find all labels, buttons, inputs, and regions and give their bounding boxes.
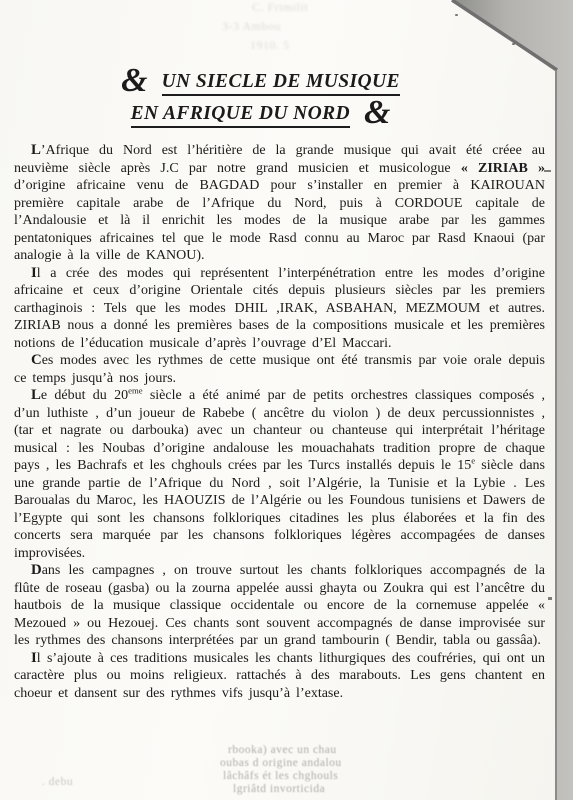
paragraph-text: l s’ajoute à ces traditions musicales le… xyxy=(14,651,545,701)
paragraph-text: d’origine africaine venu de BAGDAD pour … xyxy=(14,178,545,263)
paragraph: Il a crée des modes qui représentent l’i… xyxy=(14,265,545,353)
paragraph: Il s’ajoute à ces traditions musicales l… xyxy=(14,650,545,703)
scanned-page: C. Frimilit 3-3 Ambou 1910. 5 & UN SIECL… xyxy=(0,0,573,800)
scan-speck xyxy=(548,597,552,600)
bleed-through-line: lâchâfs ét les chghouls xyxy=(223,770,338,782)
paragraph: Le début du 20eme siècle a été animé par… xyxy=(14,387,545,562)
title-line-2: EN AFRIQUE DU NORD & xyxy=(0,96,547,128)
scan-speck xyxy=(544,170,551,172)
paragraph-text: l a crée des modes qui représentent l’in… xyxy=(14,266,545,351)
title-text-1: UN SIECLE DE MUSIQUE xyxy=(162,71,400,96)
paragraph-text: es modes avec les rythmes de cette musiq… xyxy=(14,353,545,386)
ampersand-icon: & xyxy=(364,99,390,128)
bleed-through-line: lgriâtd invorticida xyxy=(233,783,325,795)
paragraph: L’Afrique du Nord est l’héritière de la … xyxy=(14,142,545,265)
superscript: eme xyxy=(128,385,142,395)
paragraph: Dans les campagnes , on trouve surtout l… xyxy=(14,562,545,650)
document-body: L’Afrique du Nord est l’héritière de la … xyxy=(14,142,545,702)
bleed-through-line: 3-3 Ambou xyxy=(222,19,281,34)
paragraph-text: e début du 20 xyxy=(41,388,128,403)
bleed-through-line: . debu xyxy=(42,776,73,788)
bleed-through-line: oubas d origine andalou xyxy=(220,757,342,769)
scan-speck xyxy=(512,43,515,45)
paragraph: Ces modes avec les rythmes de cette musi… xyxy=(14,352,545,387)
scan-speck xyxy=(455,14,458,16)
paragraph-lead: L xyxy=(31,142,41,158)
bleed-through-line: C. Frimilit xyxy=(252,0,308,15)
paragraph-text: ans les campagnes , on trouve surtout le… xyxy=(14,563,545,648)
document-title: & UN SIECLE DE MUSIQUE EN AFRIQUE DU NOR… xyxy=(0,64,547,128)
paragraph-lead: L xyxy=(31,387,41,403)
paragraph-bold-text: « ZIRIAB » xyxy=(461,161,545,176)
ampersand-icon: & xyxy=(121,67,147,96)
paragraph-text: siècle dans une grande partie de l’Afriq… xyxy=(14,458,545,561)
paragraph-lead: D xyxy=(31,562,42,578)
bleed-through-line: 1910. 5 xyxy=(250,38,290,53)
title-text-2: EN AFRIQUE DU NORD xyxy=(131,103,350,128)
bleed-through-line: rbooka) avec un chau xyxy=(228,744,337,756)
paragraph-lead: C xyxy=(31,352,42,368)
title-line-1: & UN SIECLE DE MUSIQUE xyxy=(0,64,547,96)
